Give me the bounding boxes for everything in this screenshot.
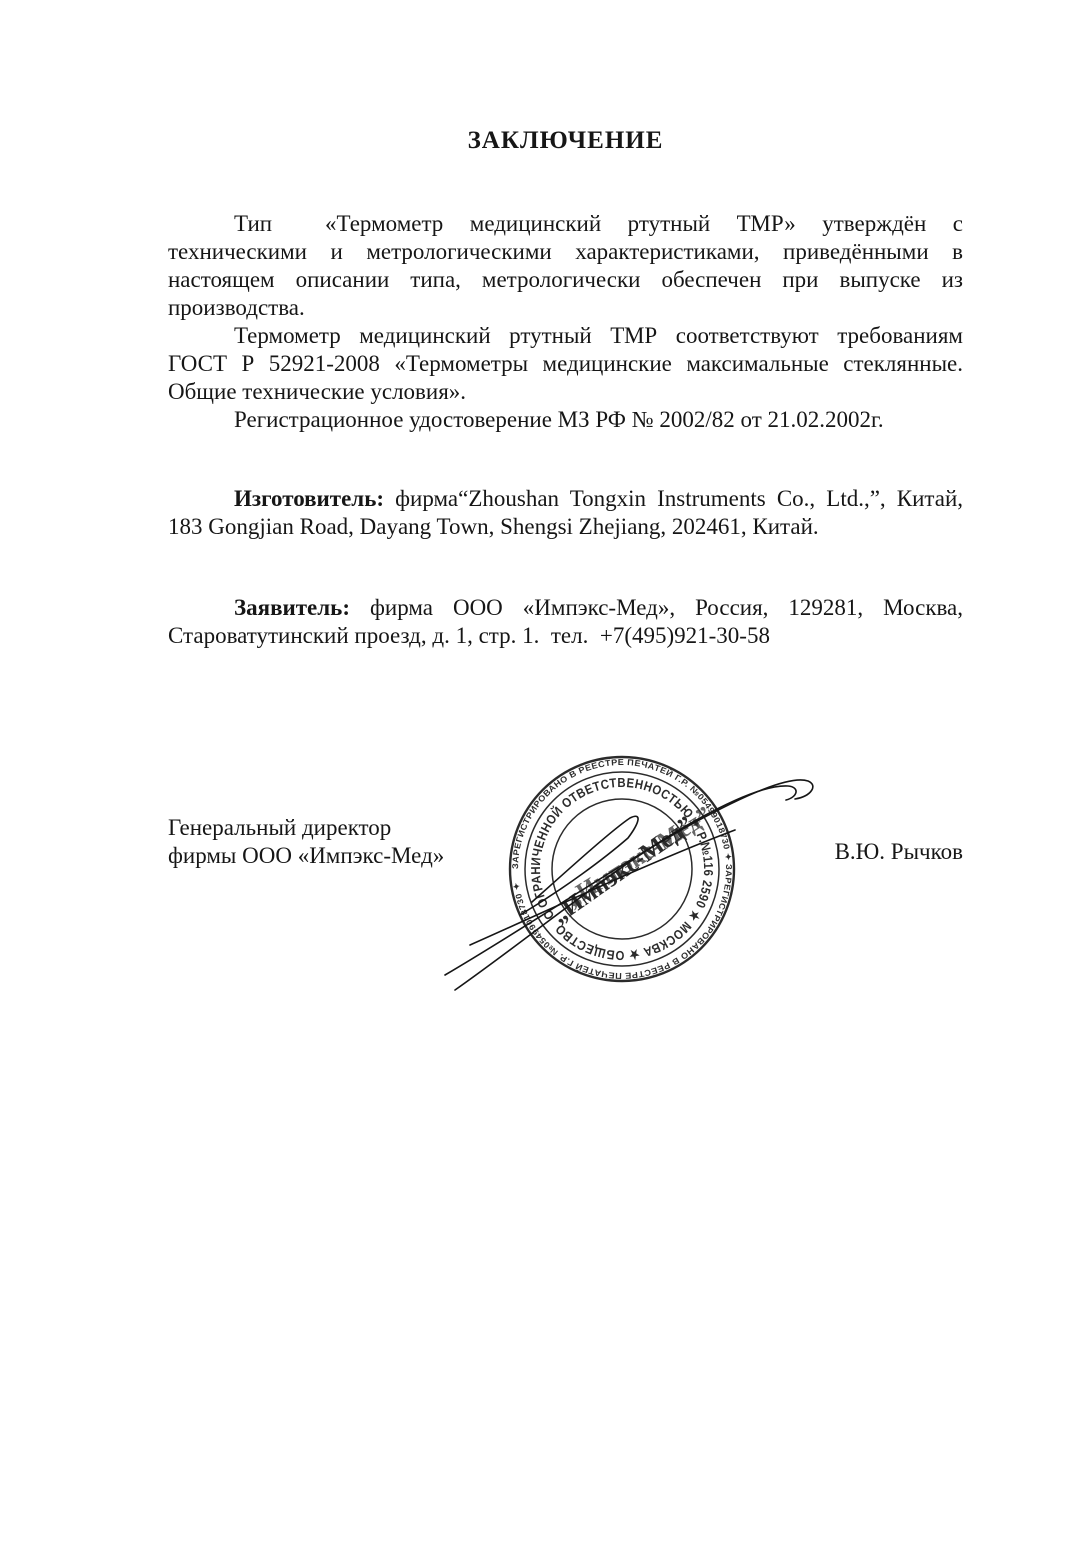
paragraph1-line: производства. [168, 294, 963, 322]
main-text-block: Тип «Термометр медицинский ртутный ТМР» … [168, 210, 963, 434]
company-seal-stamp: ЗАРЕГИСТРИРОВАНО В РЕЕСТРЕ ПЕЧАТЕЙ Г.Р. … [420, 700, 850, 1030]
document-title: ЗАКЛЮЧЕНИЕ [168, 126, 963, 156]
applicant-text: фирма ООО «Импэкс-Мед», Россия, 129281, … [370, 595, 963, 620]
applicant-line: Староватутинский проезд, д. 1, стр. 1. т… [168, 622, 963, 650]
manufacturer-line: Изготовитель: фирма“Zhoushan Tongxin Ins… [168, 485, 963, 513]
applicant-label: Заявитель: [234, 595, 350, 620]
manufacturer-line: 183 Gongjian Road, Dayang Town, Shengsi … [168, 513, 963, 541]
manufacturer-paragraph: Изготовитель: фирма“Zhoushan Tongxin Ins… [168, 485, 963, 541]
signature-flourish [445, 780, 813, 990]
manufacturer-text: фирма“Zhoushan Tongxin Instruments Co., … [395, 486, 963, 511]
paragraph2-line: Общие технические условия». [168, 378, 963, 406]
applicant-paragraph: Заявитель: фирма ООО «Импэкс-Мед», Росси… [168, 594, 963, 650]
paragraph1-line: техническими и метрологическими характер… [168, 238, 963, 266]
stamp-center-company-name: „Импэкс-Мед” [547, 811, 699, 929]
paragraph1-line: настоящем описании типа, метрологически … [168, 266, 963, 294]
paragraph2-line: ГОСТ Р 52921-2008 «Термометры медицински… [168, 350, 963, 378]
applicant-line: Заявитель: фирма ООО «Импэкс-Мед», Росси… [168, 594, 963, 622]
document-page: ЗАКЛЮЧЕНИЕ Тип «Термометр медицинский рт… [0, 0, 1086, 1560]
paragraph3-line: Регистрационное удостоверение МЗ РФ № 20… [168, 406, 963, 434]
paragraph2-line: Термометр медицинский ртутный ТМР соотве… [168, 322, 963, 350]
paragraph1-line: Тип «Термометр медицинский ртутный ТМР» … [168, 210, 963, 238]
manufacturer-label: Изготовитель: [234, 486, 384, 511]
